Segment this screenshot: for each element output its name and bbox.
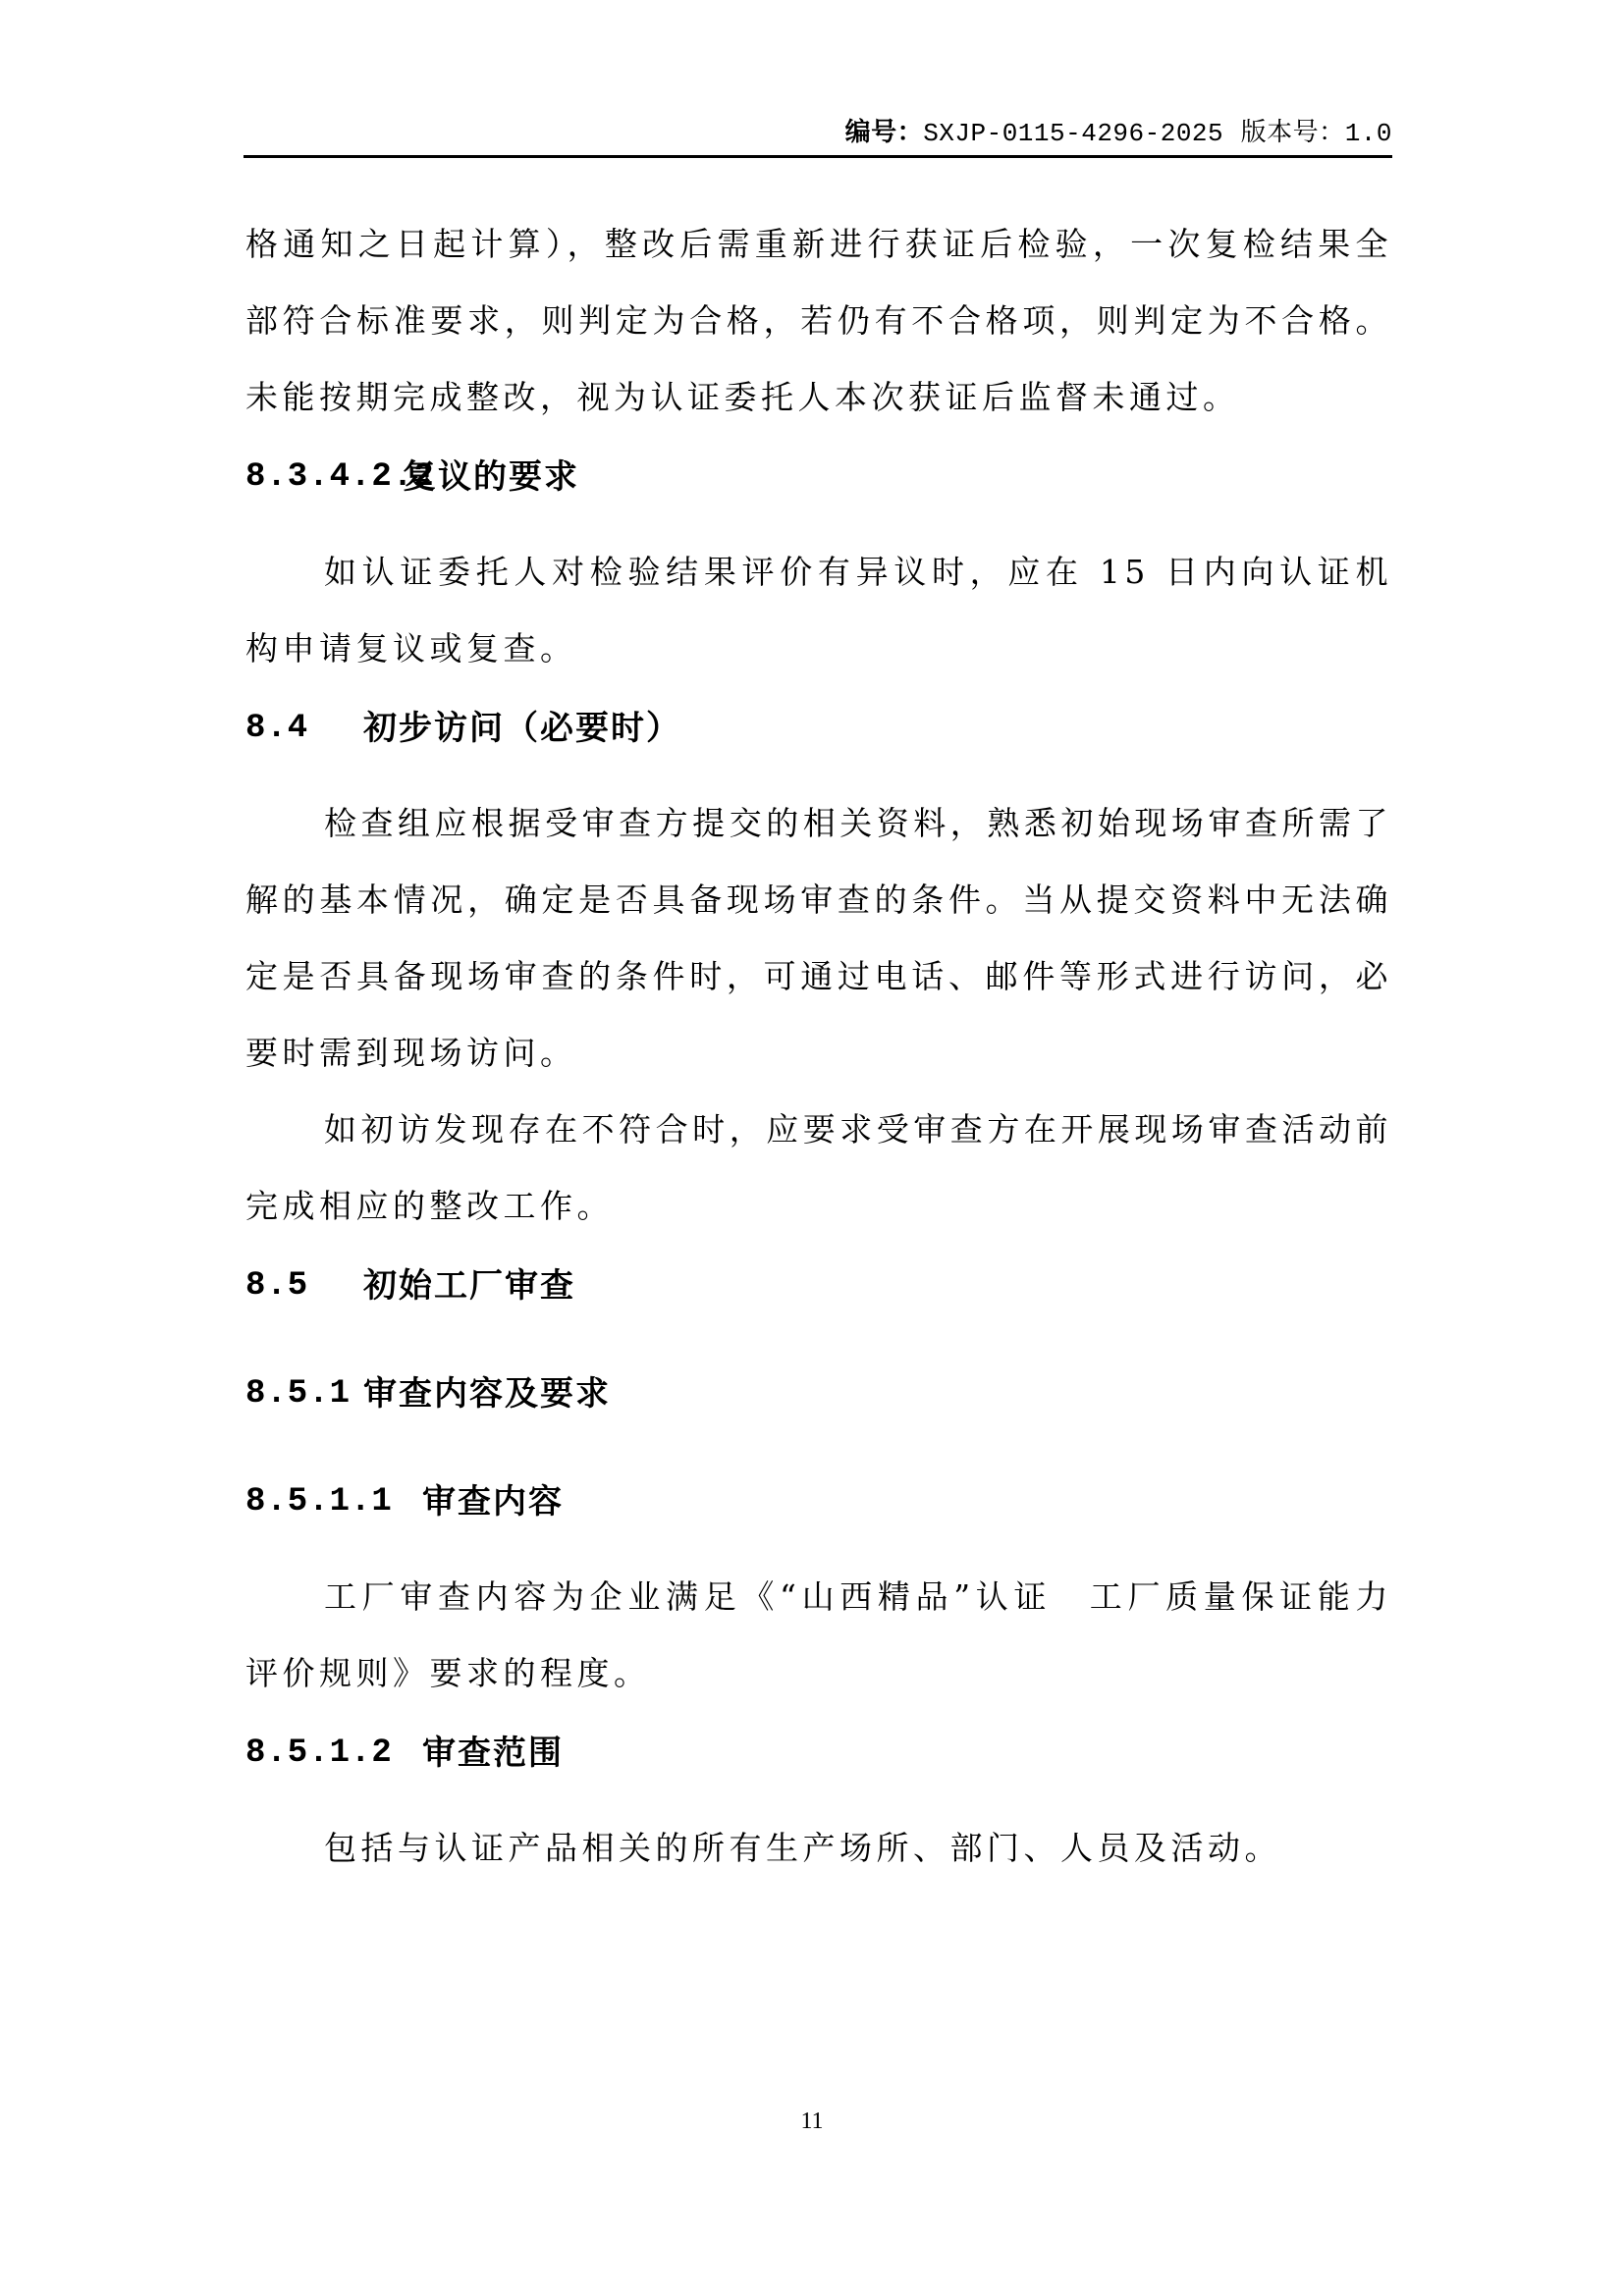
heading-8-5-1-2: 8.5.1.2 审查范围 — [245, 1732, 1392, 1775]
heading-title: 审查内容及要求 — [363, 1372, 611, 1415]
paragraph-review: 如认证委托人对检验结果评价有异议时，应在 15 日内向认证机构申请复议或复查。 — [245, 534, 1392, 687]
heading-8-3-4-2-2: 8.3.4.2.2 复议的要求 — [245, 455, 1392, 499]
heading-number: 8.5.1.2 — [245, 1732, 422, 1775]
paragraph-continuation: 格通知之日起计算），整改后需重新进行获证后检验，一次复检结果全部符合标准要求，则… — [245, 206, 1392, 436]
heading-number: 8.3.4.2.2 — [245, 455, 403, 499]
document-header: 编号：SXJP-0115-4296-2025 版本号：1.0 — [244, 116, 1392, 150]
heading-number: 8.5.1.1 — [245, 1480, 422, 1523]
heading-8-5-1-1: 8.5.1.1 审查内容 — [245, 1480, 1392, 1523]
heading-title: 初步访问（必要时） — [363, 707, 681, 750]
page-body: 格通知之日起计算），整改后需重新进行获证后检验，一次复检结果全部符合标准要求，则… — [245, 206, 1392, 1887]
code-label: 编号： — [845, 118, 924, 147]
heading-number: 8.4 — [245, 707, 363, 750]
paragraph-audit-scope: 包括与认证产品相关的所有生产场所、部门、人员及活动。 — [245, 1810, 1392, 1887]
heading-title: 初始工厂审查 — [363, 1264, 575, 1308]
heading-title: 复议的要求 — [403, 455, 579, 499]
heading-title: 审查内容 — [422, 1480, 564, 1523]
heading-title: 审查范围 — [422, 1732, 564, 1775]
paragraph-initial-visit: 检查组应根据受审查方提交的相关资料，熟悉初始现场审查所需了解的基本情况，确定是否… — [245, 785, 1392, 1092]
heading-8-4: 8.4 初步访问（必要时） — [245, 707, 1392, 750]
heading-number: 8.5.1 — [245, 1372, 363, 1415]
document-code: SXJP-0115-4296-2025 — [923, 119, 1223, 148]
paragraph-audit-content: 工厂审查内容为企业满足《“山西精品”认证 工厂质量保证能力评价规则》要求的程度。 — [245, 1559, 1392, 1712]
heading-8-5: 8.5 初始工厂审查 — [245, 1264, 1392, 1308]
paragraph-rectification: 如初访发现存在不符合时，应要求受审查方在开展现场审查活动前完成相应的整改工作。 — [245, 1092, 1392, 1245]
heading-number: 8.5 — [245, 1264, 363, 1308]
version-label: 版本号： — [1241, 118, 1345, 147]
header-rule — [244, 155, 1392, 158]
version-number: 1.0 — [1345, 119, 1392, 148]
heading-8-5-1: 8.5.1 审查内容及要求 — [245, 1372, 1392, 1415]
page-number: 11 — [0, 2109, 1624, 2135]
